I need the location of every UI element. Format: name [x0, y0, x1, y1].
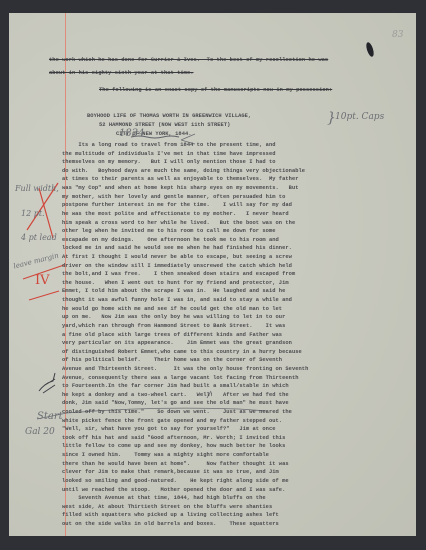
margin-note-1: Full width,: [15, 184, 59, 193]
body-line: he would go home with me and see if he c…: [62, 305, 282, 313]
body-line: little fellow to come up and see my donk…: [62, 442, 285, 450]
start-note: Start: [37, 411, 63, 422]
body-line: Its a long road to travel from 1844 to t…: [62, 141, 276, 149]
body-line: white picket fence the front gate opened…: [62, 417, 282, 425]
body-line: of distinguished Robert Emmet,who came t…: [62, 348, 302, 356]
date-correction: 1834: [119, 128, 144, 139]
body-line: locked me in and said he would see me wh…: [62, 244, 292, 252]
margin-note-2: 12 pt.: [21, 209, 45, 218]
body-line: was "my Cop" and when at home kept his s…: [62, 184, 299, 192]
body-line: he kept a donkey and a two-wheel cart. W…: [62, 391, 289, 399]
body-line: west side, At about Thirtieth Street on …: [62, 503, 272, 511]
body-line: Avenue and Thirteenth Street. It was the…: [62, 365, 308, 373]
body-line: filled with squatters who picked up a li…: [62, 511, 279, 519]
body-line: Seventh Avenue at that time, 1844, had h…: [62, 494, 266, 502]
body-line: up on me. Now Jim was the only boy he wa…: [62, 313, 285, 321]
body-line: the bolt,and I was free. I then sneaked …: [62, 270, 295, 278]
body-line: at times to their parents as well as enj…: [62, 175, 299, 183]
body-line: clever for Jim to make that remark,becau…: [62, 468, 279, 476]
body-line: he was the most polite and affectionate …: [62, 210, 289, 218]
body-line: of his political belief. Their home was …: [62, 356, 282, 364]
body-line: Emmet, I told him about the scrape I was…: [62, 287, 285, 295]
body-line: out on the side walks in old barrels and…: [62, 520, 279, 528]
body-line: since I owned him. Tommy was a mighty si…: [62, 451, 269, 459]
body-line: very particular on its appearance. Jim E…: [62, 339, 292, 347]
body-line: took off his hat and said "Good afternoo…: [62, 434, 285, 442]
body-line: driver on the window sill I immediately …: [62, 262, 292, 270]
body-line: do with. Boyhood days are much the same,…: [62, 167, 305, 175]
body-line: a fine old place with large trees of dif…: [62, 331, 282, 339]
body-line: looked so smiling and good-natured. He k…: [62, 477, 289, 485]
body-line: At first I thought I would never be able…: [62, 253, 292, 261]
margin-note-3: 4 pt lead: [21, 233, 57, 242]
body-line: there than he would have been at home". …: [62, 460, 289, 468]
body-line: escapade on my doings. One afternoon he …: [62, 236, 279, 244]
body-line: him speak a cross word to her while he l…: [62, 219, 295, 227]
body-line: to Fourteenth.In the far corner Jim had …: [62, 382, 289, 390]
body-line: cooled off by this time." So down we wen…: [62, 408, 292, 416]
body-line: my mother, with her lovely and gentle ma…: [62, 193, 285, 201]
galley-note: Gal 20: [25, 427, 55, 437]
body-line: "Well, sir, what have you got to say for…: [62, 425, 276, 433]
body-line: Avenue, consequently there was a large v…: [62, 374, 299, 382]
body-line: the house. When I went out to hunt for m…: [62, 279, 289, 287]
body-line: the multitude of individuals I've met in…: [62, 150, 276, 158]
body-line: donk, Jim said "Now,Tommy, let's go and …: [62, 399, 289, 407]
body-line: postpone further interest in me for the …: [62, 201, 292, 209]
body-line: other leg when he invited me to his room…: [62, 227, 276, 235]
roman-numeral: IV: [35, 273, 50, 288]
body-line: until we reached the stoop. Mother opene…: [62, 486, 285, 494]
body-line: thought it was awful funny hole I was in…: [62, 296, 292, 304]
body-line: yard,which ran through from Hammond Stre…: [62, 322, 285, 330]
manuscript-page: 83 the work which he has done for Currie…: [9, 13, 416, 536]
body-line: themselves on my memory. But I will only…: [62, 158, 276, 166]
